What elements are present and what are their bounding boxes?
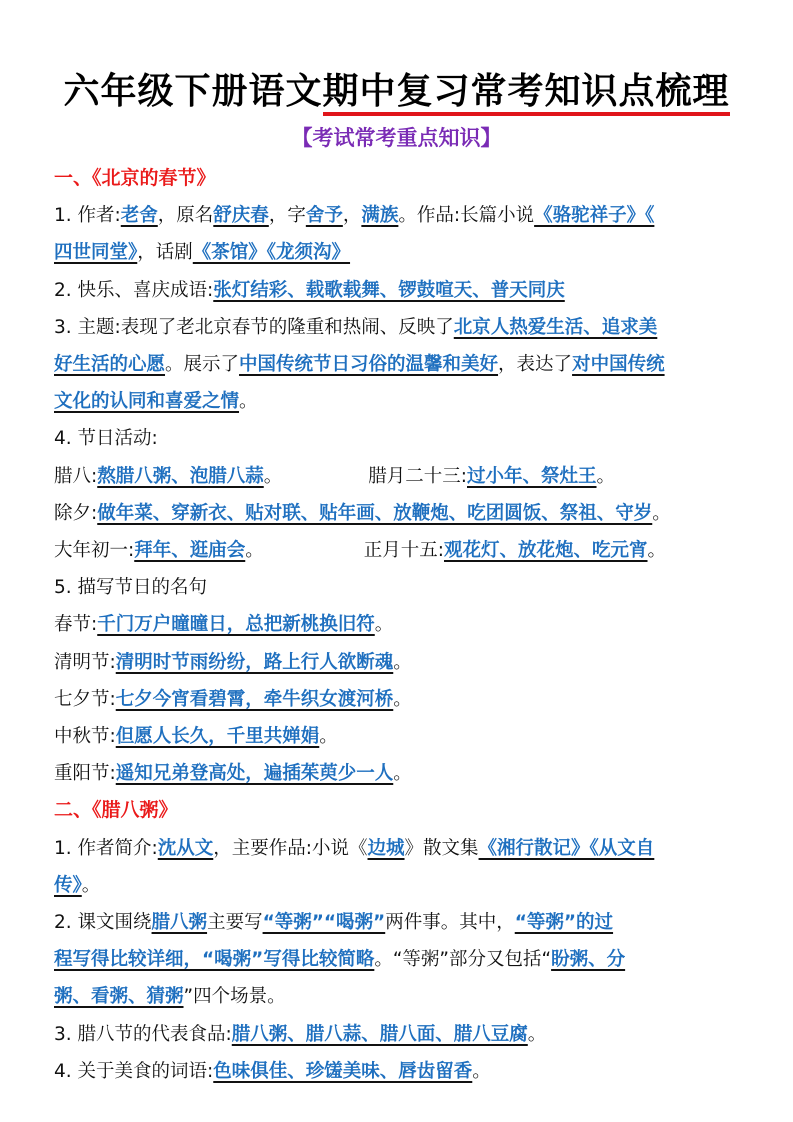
highlight: 传》: [54, 875, 82, 896]
poem-line: 清明节:清明时节雨纷纷，路上行人欲断魂。: [54, 644, 744, 681]
text: 。: [393, 652, 412, 673]
highlight: 观花灯、放花炮、吃元宵: [444, 540, 648, 561]
text: 。: [597, 466, 616, 487]
s1-item4-label: 4. 节日活动:: [54, 420, 744, 457]
s2-item4: 4. 关于美食的词语:色味俱佳、珍馐美味、唇齿留香。: [54, 1053, 744, 1090]
s1-item1-line1: 1. 作者:老舍，原名舒庆春，字舍予，满族。作品:长篇小说《骆驼祥子》《: [54, 197, 744, 234]
highlight: 满族: [361, 205, 398, 226]
title-part-1: 六年级下册语文: [63, 71, 322, 112]
text: 。: [245, 540, 264, 561]
text: 2. 快乐、喜庆成语:: [54, 280, 213, 301]
text: ，原名: [158, 205, 214, 226]
highlight: 北京人热爱生活、追求美: [454, 317, 658, 338]
text: ，话剧: [137, 242, 193, 263]
s2-item2-line2: 程写得比较详细，“喝粥”写得比较简略。“等粥”部分又包括“盼粥、分: [54, 941, 744, 978]
text: 。展示了: [165, 354, 239, 375]
activity-row: 腊八:熬腊八粥、泡腊八蒜。腊月二十三:过小年、祭灶王。: [54, 458, 744, 495]
text: 3. 主题:表现了老北京春节的隆重和热闹、反映了: [54, 317, 454, 338]
label: 中秋节:: [54, 726, 116, 747]
text: 3. 腊八节的代表食品:: [54, 1024, 232, 1045]
page-subtitle: 【考试常考重点知识】: [0, 122, 793, 154]
label: 重阳节:: [54, 763, 116, 784]
highlight: 盼粥、分: [551, 949, 625, 970]
highlight: 《湘行散记》《从文自: [479, 838, 655, 859]
s1-item2: 2. 快乐、喜庆成语:张灯结彩、载歌载舞、锣鼓喧天、普天同庆: [54, 272, 744, 309]
title-part-2-underlined: 期中复习常考知识点梳理: [323, 71, 730, 116]
text: 1. 作者:: [54, 205, 121, 226]
highlight: 《骆驼祥子》《: [534, 205, 654, 226]
text: 两件事。其中，: [385, 912, 515, 933]
highlight: 做年菜、穿新衣、贴对联、贴年画、放鞭炮、吃团圆饭、祭祖、守岁: [97, 503, 652, 524]
text: ，: [343, 205, 362, 226]
text: 1. 作者简介:: [54, 838, 158, 859]
poem-line: 春节:千门万户曈曈日，总把新桃换旧符。: [54, 606, 744, 643]
label: 腊月二十三:: [368, 466, 467, 487]
highlight: 张灯结彩、载歌载舞、锣鼓喧天、普天同庆: [213, 280, 565, 301]
highlight: 沈从文: [158, 838, 214, 859]
text: ，主要作品:小说《: [213, 838, 367, 859]
highlight: “等粥”“喝粥”: [263, 912, 386, 933]
s1-item3-line1: 3. 主题:表现了老北京春节的隆重和热闹、反映了北京人热爱生活、追求美: [54, 309, 744, 346]
text: 。“等粥”部分又包括“: [374, 949, 551, 970]
document-page: 六年级下册语文期中复习常考知识点梳理 【考试常考重点知识】 一、《北京的春节》 …: [0, 0, 793, 1122]
text: 。: [648, 540, 667, 561]
s2-item2-line3: 粥、看粥、猜粥”四个场景。: [54, 978, 744, 1015]
text: ，表达了: [498, 354, 572, 375]
page-title: 六年级下册语文期中复习常考知识点梳理: [0, 66, 793, 118]
poem-line: 重阳节:遥知兄弟登高处，遍插茱萸少一人。: [54, 755, 744, 792]
text: 。: [319, 726, 338, 747]
highlight: 好生活的心愿: [54, 354, 165, 375]
text: 》散文集: [405, 838, 479, 859]
text: 主要写: [207, 912, 263, 933]
highlight: 程写得比较详细，“喝粥”写得比较简略: [54, 949, 374, 970]
text: 。: [375, 614, 394, 635]
highlight: 七夕今宵看碧霄，牵牛织女渡河桥: [116, 689, 394, 710]
highlight: 遥知兄弟登高处，遍插茱萸少一人: [116, 763, 394, 784]
highlight: 舍予: [306, 205, 343, 226]
text: ，字: [269, 205, 306, 226]
highlight: 色味俱佳、珍馐美味、唇齿留香: [213, 1061, 472, 1082]
s2-item1-line1: 1. 作者简介:沈从文，主要作品:小说《边城》散文集《湘行散记》《从文自: [54, 830, 744, 867]
highlight: 过小年、祭灶王: [467, 466, 597, 487]
content: 一、《北京的春节》 1. 作者:老舍，原名舒庆春，字舍予，满族。作品:长篇小说《…: [54, 160, 744, 1090]
poem-line: 七夕节:七夕今宵看碧霄，牵牛织女渡河桥。: [54, 681, 744, 718]
text: ”四个场景。: [184, 986, 286, 1007]
poem-line: 中秋节:但愿人长久，千里共婵娟。: [54, 718, 744, 755]
highlight: 腊八粥、腊八蒜、腊八面、腊八豆腐: [232, 1024, 528, 1045]
label: 正月十五:: [364, 540, 444, 561]
highlight: 《茶馆》《龙须沟》: [193, 242, 350, 263]
label: 七夕节:: [54, 689, 116, 710]
highlight: 文化的认同和喜爱之情: [54, 391, 239, 412]
s1-item5-label: 5. 描写节日的名句: [54, 569, 744, 606]
text: 。: [264, 466, 283, 487]
highlight: 千门万户曈曈日，总把新桃换旧符: [97, 614, 375, 635]
label: 腊八:: [54, 466, 97, 487]
highlight: 舒庆春: [213, 205, 269, 226]
text: 4. 关于美食的词语:: [54, 1061, 213, 1082]
label: 清明节:: [54, 652, 116, 673]
highlight: 熬腊八粥、泡腊八蒜: [97, 466, 264, 487]
activity-row: 除夕:做年菜、穿新衣、贴对联、贴年画、放鞭炮、吃团圆饭、祭祖、守岁。: [54, 495, 744, 532]
text: 。: [239, 391, 258, 412]
text: 。: [528, 1024, 547, 1045]
highlight: 边城: [368, 838, 405, 859]
section-heading-laba-porridge: 二、《腊八粥》: [54, 792, 744, 829]
text: 。: [393, 763, 412, 784]
text: 。作品:长篇小说: [398, 205, 534, 226]
highlight: 拜年、逛庙会: [134, 540, 245, 561]
s2-item1-line2: 传》。: [54, 867, 744, 904]
highlight: 清明时节雨纷纷，路上行人欲断魂: [116, 652, 394, 673]
highlight: 粥、看粥、猜粥: [54, 986, 184, 1007]
s1-item3-line3: 文化的认同和喜爱之情。: [54, 383, 744, 420]
label: 除夕:: [54, 503, 97, 524]
text: 。: [82, 875, 101, 896]
highlight: 四世同堂》: [54, 242, 137, 263]
s2-item3: 3. 腊八节的代表食品:腊八粥、腊八蒜、腊八面、腊八豆腐。: [54, 1016, 744, 1053]
highlight: 对中国传统: [572, 354, 665, 375]
activity-row: 大年初一:拜年、逛庙会。正月十五:观花灯、放花炮、吃元宵。: [54, 532, 744, 569]
highlight: 但愿人长久，千里共婵娟: [116, 726, 320, 747]
label: 大年初一:: [54, 540, 134, 561]
text: 。: [652, 503, 671, 524]
text: 2. 课文围绕: [54, 912, 152, 933]
highlight: 老舍: [121, 205, 158, 226]
text: 。: [472, 1061, 491, 1082]
s2-item2-line1: 2. 课文围绕腊八粥主要写“等粥”“喝粥”两件事。其中，“等粥”的过: [54, 904, 744, 941]
highlight: “等粥”的过: [515, 912, 613, 933]
label: 春节:: [54, 614, 97, 635]
highlight: 中国传统节日习俗的温馨和美好: [239, 354, 498, 375]
highlight: 腊八粥: [152, 912, 208, 933]
text: 。: [393, 689, 412, 710]
section-heading-beijing-spring-festival: 一、《北京的春节》: [54, 160, 744, 197]
s1-item3-line2: 好生活的心愿。展示了中国传统节日习俗的温馨和美好，表达了对中国传统: [54, 346, 744, 383]
s1-item1-line2: 四世同堂》，话剧《茶馆》《龙须沟》: [54, 234, 744, 271]
